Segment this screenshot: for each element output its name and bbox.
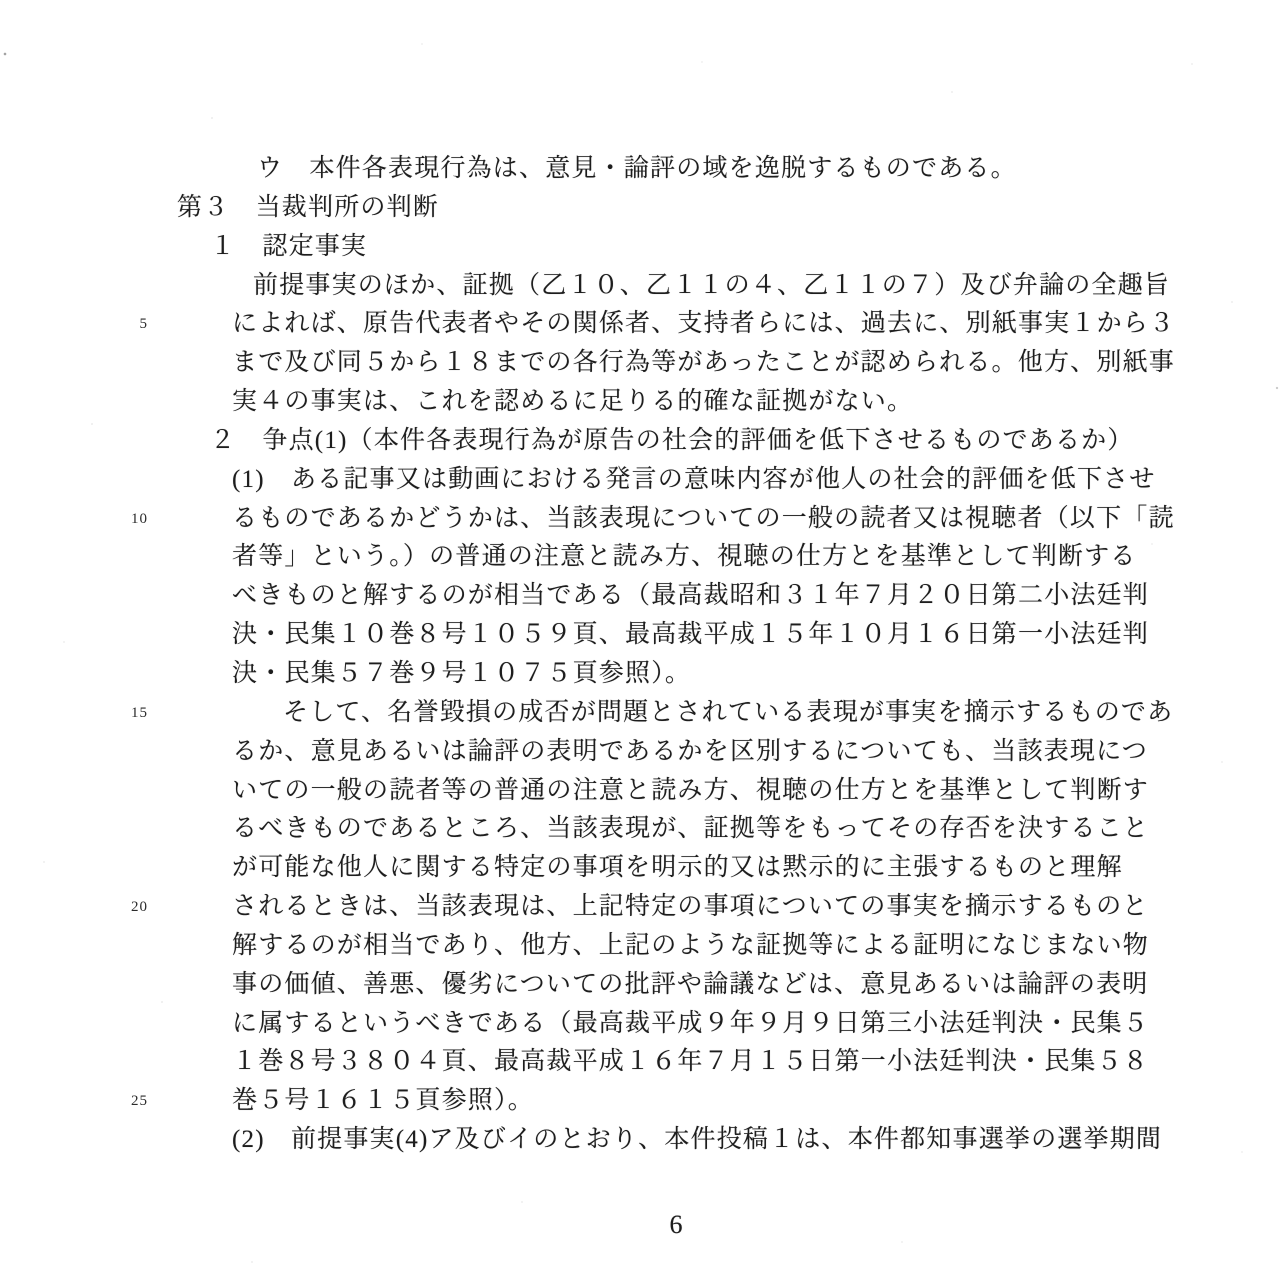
text-line: (1) ある記事又は動画における発言の意味内容が他人の社会的評価を低下させ (0, 461, 1280, 500)
text-line: 前提事実のほか、証拠（乙１０、乙１１の４、乙１１の７）及び弁論の全趣旨 (0, 267, 1280, 306)
text-line: 巻５号１６１５頁参照）。 (0, 1082, 1280, 1121)
text-line: 第３ 当裁判所の判断 (0, 189, 1280, 228)
scanned-judgment-page: 510152025 ウ 本件各表現行為は、意見・論評の域を逸脱するものである。第… (0, 0, 1280, 1280)
text-line: 決・民集５７巻９号１０７５頁参照）。 (0, 655, 1280, 694)
text-line: るか、意見あるいは論評の表明であるかを区別するについても、当該表現につ (0, 733, 1280, 772)
text-line: 決・民集１０巻８号１０５９頁、最高裁平成１５年１０月１６日第一小法廷判 (0, 616, 1280, 655)
text-line: されるときは、当該表現は、上記特定の事項についての事実を摘示するものと (0, 888, 1280, 927)
text-line: るものであるかどうかは、当該表現についての一般の読者又は視聴者（以下「読 (0, 500, 1280, 539)
text-line: 実４の事実は、これを認めるに足りる的確な証拠がない。 (0, 383, 1280, 422)
text-line: そして、名誉毀損の成否が問題とされている表現が事実を摘示するものであ (0, 694, 1280, 733)
text-line: 解するのが相当であり、他方、上記のような証拠等による証明になじまない物 (0, 927, 1280, 966)
text-line: べきものと解するのが相当である（最高裁昭和３１年７月２０日第二小法廷判 (0, 577, 1280, 616)
text-line: いての一般の読者等の普通の注意と読み方、視聴の仕方とを基準として判断す (0, 772, 1280, 811)
text-line: １ 認定事実 (0, 228, 1280, 267)
text-line: ２ 争点(1)（本件各表現行為が原告の社会的評価を低下させるものであるか） (0, 422, 1280, 461)
page-number: 6 (654, 1210, 698, 1240)
text-line: (2) 前提事実(4)ア及びイのとおり、本件投稿１は、本件都知事選挙の選挙期間 (0, 1121, 1280, 1160)
text-line: ウ 本件各表現行為は、意見・論評の域を逸脱するものである。 (0, 150, 1280, 189)
text-line: まで及び同５から１８までの各行為等があったことが認められる。他方、別紙事 (0, 344, 1280, 383)
text-line: に属するというべきである（最高裁平成９年９月９日第三小法廷判決・民集５ (0, 1005, 1280, 1044)
text-line: によれば、原告代表者やその関係者、支持者らには、過去に、別紙事実１から３ (0, 305, 1280, 344)
text-line: が可能な他人に関する特定の事項を明示的又は黙示的に主張するものと理解 (0, 849, 1280, 888)
text-line: １巻８号３８０４頁、最高裁平成１６年７月１５日第一小法廷判決・民集５８ (0, 1043, 1280, 1082)
judgment-text-block: ウ 本件各表現行為は、意見・論評の域を逸脱するものである。第３ 当裁判所の判断１… (0, 150, 1280, 1160)
text-line: 者等」という。）の普通の注意と読み方、視聴の仕方とを基準として判断する (0, 538, 1280, 577)
text-line: 事の価値、善悪、優劣についての批評や論議などは、意見あるいは論評の表明 (0, 966, 1280, 1005)
text-line: るべきものであるところ、当該表現が、証拠等をもってその存否を決すること (0, 810, 1280, 849)
